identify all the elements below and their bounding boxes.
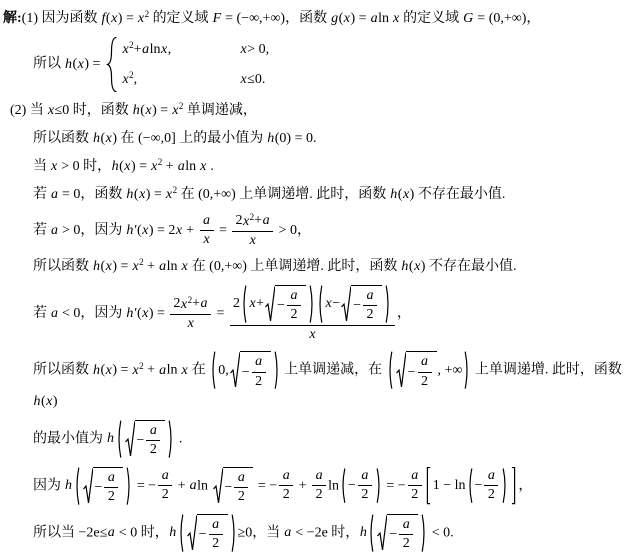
math-text: ≤0. <box>247 69 265 90</box>
math-text: , +∞ <box>438 360 463 381</box>
bracket-content: −a2 <box>374 513 421 553</box>
left-paren <box>340 467 346 504</box>
fraction: a2 <box>312 468 326 503</box>
math-text: ln <box>185 159 199 174</box>
math-text: (2) 当 <box>10 103 47 118</box>
solution-line: 若 a < 0，因为 h′(x) = 2x2 + ax = 2x + −a2x … <box>3 284 631 343</box>
math-text: − <box>408 362 416 383</box>
math-var: x <box>165 187 172 202</box>
math-var: x <box>414 259 421 274</box>
math-text: 上单调递减，在 <box>281 363 386 378</box>
math-text: , <box>134 69 138 90</box>
math-text: 所以函数 <box>33 131 93 146</box>
denominator: 2 <box>209 535 222 552</box>
math-var: x <box>160 39 167 60</box>
math-text: ) = <box>152 103 172 118</box>
left-paren <box>116 419 122 459</box>
solution-line: 所以函数 h(x) = x2 + aln x 在 0, −a2 上单调递减，在 … <box>3 350 631 411</box>
math-var: x <box>151 159 158 174</box>
solution-content: 解:(1) 因为函数 f(x) = x2 的定义域 F = (−∞,+∞)，函数… <box>3 8 631 553</box>
math-var: h′ <box>126 306 137 321</box>
math-var: g <box>331 11 339 26</box>
math-var: h <box>126 187 134 202</box>
sqrt-radical: −a2 <box>341 285 382 323</box>
math-text: = − <box>383 478 406 493</box>
math-text: − <box>353 298 361 314</box>
math-text: = (−∞,+∞)，函数 <box>222 11 331 26</box>
math-text: 1 − ln <box>433 475 466 496</box>
math-var: a <box>402 517 410 533</box>
math-var: F <box>212 11 222 26</box>
math-text: ln <box>378 11 392 26</box>
radical-sign <box>377 514 387 552</box>
math-text: ( <box>134 187 139 202</box>
denominator: 2 <box>252 373 265 390</box>
math-text: 2 <box>238 489 245 505</box>
math-text: − <box>348 475 356 496</box>
math-text: = − <box>254 478 277 493</box>
solution-line: (2) 当 x≤0 时，函数 h(x) = x2 单调递减， <box>3 100 631 121</box>
sqrt-radical: −a2 <box>125 420 166 458</box>
math-var: h <box>390 187 398 202</box>
denominator: 2 <box>400 535 413 552</box>
math-var: h <box>111 159 119 174</box>
math-text: ( <box>41 394 46 409</box>
math-var: G <box>463 11 474 26</box>
math-text: − <box>95 477 103 498</box>
solution-line: 若 a = 0，函数 h(x) = x2 在 (0,+∞) 上单调递增. 此时，… <box>3 184 631 205</box>
math-var: a <box>487 468 495 484</box>
power-expr: x2 <box>242 212 254 230</box>
solution-line: 解:(1) 因为函数 f(x) = x2 的定义域 F = (−∞,+∞)，函数… <box>3 8 631 29</box>
fraction: a2 <box>209 517 223 552</box>
math-var: x <box>47 103 54 118</box>
right-paren <box>464 350 470 390</box>
math-text: ≥0，当 <box>238 525 284 540</box>
denominator: 2 <box>105 488 118 505</box>
math-text: + <box>254 213 262 229</box>
math-text: ) 不存在最小值. <box>421 259 517 274</box>
math-text: + <box>192 296 200 312</box>
math-text: = <box>216 223 231 238</box>
math-text: 的最小值为 <box>33 431 107 446</box>
fraction: a2 <box>418 354 432 389</box>
math-text: , <box>168 39 172 60</box>
math-var: x <box>142 306 149 321</box>
math-text: 2 <box>316 487 323 503</box>
denominator: 2 <box>408 486 421 503</box>
radical-sign <box>125 420 135 458</box>
power-expr: x2 <box>165 187 177 202</box>
fraction: 2x2 + ax <box>232 212 273 249</box>
left-paren <box>210 350 216 390</box>
math-text: 2 <box>290 307 297 323</box>
math-var: a <box>262 213 270 229</box>
math-var: x <box>142 223 149 238</box>
math-text: ) = <box>131 159 151 174</box>
sqrt-radical: −a2 <box>265 285 306 323</box>
right-paren <box>376 467 382 504</box>
bracket-content: 1 − ln−a2 <box>431 466 512 505</box>
math-text: ) = <box>351 11 371 26</box>
radicand: −a2 <box>351 285 382 323</box>
math-var: a <box>361 468 369 484</box>
math-text: = − <box>133 478 156 493</box>
right-paren <box>274 350 280 390</box>
math-var: a <box>159 259 167 274</box>
math-var: a <box>290 288 298 304</box>
math-var: a <box>177 159 185 174</box>
denominator: 2 <box>287 306 300 323</box>
math-var: a <box>51 223 59 238</box>
math-text: + <box>295 478 310 493</box>
math-var: a <box>237 470 245 486</box>
numerator: a <box>209 517 223 535</box>
math-text: ≤0 时，函数 <box>55 103 133 118</box>
numerator: a <box>279 468 293 486</box>
math-text: ) 不存在最小值. <box>410 187 506 202</box>
denominator: 2 <box>159 486 172 503</box>
math-var: x <box>180 297 187 312</box>
math-text: 2 <box>108 489 115 505</box>
math-text: ) 在 (−∞,0] 上的最小值为 <box>112 131 266 146</box>
math-text: ( <box>137 223 142 238</box>
math-var: a <box>51 187 59 202</box>
math-var: h <box>107 431 115 446</box>
radicand: −a2 <box>275 285 306 323</box>
math-var: x <box>343 11 350 26</box>
math-var: x <box>240 69 247 90</box>
math-var: x <box>402 187 409 202</box>
radical-sign <box>396 351 406 389</box>
radical-sign <box>230 351 240 389</box>
math-text: ) = <box>146 187 166 202</box>
radicand: −a2 <box>387 514 418 552</box>
math-text: − <box>199 524 207 545</box>
denominator: 2 <box>147 441 160 458</box>
radicand: −a2 <box>406 351 437 389</box>
case-formula: x2, <box>122 69 240 90</box>
math-var: a <box>411 468 419 484</box>
math-text: ) = <box>118 11 138 26</box>
math-text: = (0,+∞)， <box>474 11 541 26</box>
power-expr: x2 <box>132 259 144 274</box>
math-text: − <box>389 524 397 545</box>
math-text: 2 <box>411 487 418 503</box>
math-text: < −2e 时， <box>292 525 360 540</box>
math-text: = <box>213 306 228 321</box>
fraction: a2 <box>399 517 413 552</box>
fraction: a2 <box>363 288 377 323</box>
math-text: 2 <box>488 487 495 503</box>
math-text: . <box>207 159 214 174</box>
fraction: a2 <box>234 470 248 505</box>
case-condition: x > 0, <box>240 39 269 60</box>
solution-line: 因为 h−a2 = −a2 + aln −a2 = −a2 + a2ln−a2 … <box>3 466 631 506</box>
math-var: a <box>200 296 208 312</box>
math-text: ) <box>53 394 58 409</box>
left-paren <box>467 467 473 504</box>
math-var: h′ <box>126 223 137 238</box>
power-expr: x2 <box>132 363 144 378</box>
math-text: 在 (0,+∞) 上单调递增. 此时，函数 <box>188 259 401 274</box>
math-text: (0) = 0. <box>275 131 317 146</box>
numerator: 2x2 + a <box>232 212 273 232</box>
math-text: − <box>137 430 145 451</box>
math-var: h <box>267 131 275 146</box>
fraction: a2 <box>252 354 266 389</box>
math-text: 2 <box>212 536 219 552</box>
math-text: 所以当 −2e≤ <box>33 525 107 540</box>
numerator: a <box>158 468 172 486</box>
left-paren <box>387 350 393 390</box>
math-var: a <box>421 354 429 370</box>
bracket-content: x + −a2 <box>247 284 309 324</box>
math-text: > 0, <box>247 39 269 60</box>
math-var: x <box>325 296 332 312</box>
fraction: a2 <box>358 468 372 503</box>
math-var: a <box>315 468 323 484</box>
math-text: 2 <box>421 374 428 390</box>
bracket-content: −a2 <box>122 419 169 459</box>
math-var: x <box>309 327 316 343</box>
denominator: 2 <box>364 306 377 323</box>
math-text: 0, <box>218 360 229 381</box>
sqrt-radical: −a2 <box>377 514 418 552</box>
math-text: ) = <box>112 363 132 378</box>
bracket-group: x + −a2 <box>241 284 315 324</box>
radicand: −a2 <box>240 351 271 389</box>
denominator: 2 <box>313 486 326 503</box>
math-var: x <box>392 11 399 26</box>
math-var: h <box>65 57 73 72</box>
math-text: ， <box>397 306 411 321</box>
bracket-content: −a2, +∞ <box>393 350 465 390</box>
math-text: (1) 因为函数 <box>22 11 101 26</box>
power-expr: x2 <box>180 295 192 313</box>
numerator: a <box>399 517 413 535</box>
math-text: − <box>332 296 340 312</box>
fraction: a2 <box>104 470 118 505</box>
math-text: ， <box>518 478 532 493</box>
math-var: h <box>93 259 101 274</box>
numerator: a <box>408 468 422 486</box>
fraction: 2x + −a2x − −a2x <box>230 284 395 343</box>
math-var: a <box>203 213 211 229</box>
math-text: > 0，因为 <box>59 223 126 238</box>
math-text: ) = <box>112 259 132 274</box>
right-paren <box>126 466 132 506</box>
bracket-group: 1 − ln−a2 <box>425 466 518 505</box>
sqrt-radical: −a2 <box>187 514 228 552</box>
numerator: a <box>146 423 160 441</box>
math-var: h <box>93 131 101 146</box>
bracket-group: 0, −a2 <box>210 350 279 390</box>
numerator: 2x + −a2x − −a2 <box>230 284 395 326</box>
math-var: a <box>107 470 115 486</box>
math-var: a <box>366 288 374 304</box>
math-text: 2 <box>403 536 410 552</box>
math-var: h <box>33 394 41 409</box>
math-text: − <box>475 475 483 496</box>
math-text: 在 <box>188 363 209 378</box>
radical-sign <box>83 467 93 505</box>
left-paren <box>178 513 184 553</box>
math-var: x <box>242 214 249 229</box>
sqrt-radical: −a2 <box>213 467 254 505</box>
math-var: h <box>65 478 73 493</box>
solution-line: 所以函数 h(x) 在 (−∞,0] 上的最小值为 h(0) = 0. <box>3 128 631 149</box>
math-text: ( <box>409 259 414 274</box>
denominator: x <box>246 232 259 249</box>
math-text: 若 <box>33 187 51 202</box>
bracket-group: −a2 <box>467 467 509 504</box>
left-paren <box>241 284 247 324</box>
left-bracket <box>425 466 431 505</box>
math-text: 的定义域 <box>400 11 463 26</box>
left-paren <box>368 513 374 553</box>
math-text: 所以函数 <box>33 363 93 378</box>
math-var: a <box>282 468 290 484</box>
math-var: x <box>124 159 131 174</box>
numerator: a <box>287 288 301 306</box>
bracket-group: −a2, +∞ <box>387 350 471 390</box>
math-text: . <box>175 431 182 446</box>
bracket-group: x − −a2 <box>317 284 391 324</box>
left-paren <box>74 466 80 506</box>
math-text: + <box>144 363 159 378</box>
numerator: a <box>484 468 498 486</box>
math-text: ) = <box>149 306 169 321</box>
left-paren <box>317 284 323 324</box>
math-var: x <box>51 159 58 174</box>
fraction: a2 <box>279 468 293 503</box>
fraction: a2 <box>408 468 422 503</box>
bracket-group: −a2 <box>116 419 175 459</box>
math-text: 所以函数 <box>33 259 93 274</box>
radicand: −a2 <box>197 514 228 552</box>
power-expr: x2 <box>122 39 134 60</box>
math-var: x <box>249 233 256 249</box>
math-text: ( <box>106 11 111 26</box>
math-var: x <box>240 39 247 60</box>
math-var: x <box>111 11 118 26</box>
right-paren <box>231 513 237 553</box>
math-text: 当 <box>33 159 51 174</box>
math-text: 若 <box>33 306 51 321</box>
solution-line: 当 x > 0 时，h(x) = x2 + aln x . <box>3 156 631 177</box>
radical-sign <box>341 285 351 323</box>
math-var: a <box>370 11 378 26</box>
numerator: a <box>200 213 214 231</box>
numerator: a <box>234 470 248 488</box>
right-paren <box>309 284 315 324</box>
math-text: ) = 2 <box>149 223 176 238</box>
fraction: a2 <box>146 423 160 458</box>
fraction: ax <box>200 213 214 248</box>
math-var: a <box>51 306 59 321</box>
math-text: + <box>162 159 177 174</box>
right-paren <box>421 513 427 553</box>
math-text: 单调递减， <box>183 103 257 118</box>
cases-rows: x2 + aln x,x > 0,x2,x≤0. <box>122 36 269 93</box>
right-paren <box>502 467 508 504</box>
math-var: h <box>93 363 101 378</box>
bracket-content: x − −a2 <box>323 284 385 324</box>
math-text: + <box>174 478 189 493</box>
math-text: + <box>144 259 159 274</box>
math-var: x <box>200 159 207 174</box>
left-brace <box>106 36 117 93</box>
power-expr: x2 <box>172 103 184 118</box>
right-paren <box>385 284 391 324</box>
solution-line: 若 a > 0，因为 h′(x) = 2x + ax = 2x2 + ax > … <box>3 212 631 249</box>
math-text: 在 (0,+∞) 上单调递增. 此时，函数 <box>177 187 390 202</box>
math-text: 2 <box>233 296 240 312</box>
radicand: −a2 <box>93 467 124 505</box>
numerator: 2x2 + a <box>170 295 211 315</box>
bracket-content: −a2 <box>184 513 231 553</box>
math-text: < 0 时， <box>115 525 168 540</box>
case-formula: x2 + aln x, <box>122 39 240 60</box>
sqrt-radical: −a2 <box>83 467 124 505</box>
bracket-group: −a2 <box>178 513 237 553</box>
math-text: + <box>256 296 264 312</box>
math-var: x <box>46 394 53 409</box>
math-text: ) = <box>84 57 104 72</box>
solution-line: 的最小值为 h−a2 . <box>3 419 631 459</box>
denominator: 2 <box>280 486 293 503</box>
radicand: −a2 <box>223 467 254 505</box>
math-text: 2 <box>283 487 290 503</box>
math-var: x <box>203 232 210 248</box>
power-expr: x2 <box>122 69 134 90</box>
math-text: 2 <box>361 487 368 503</box>
bracket-group: −a2 <box>74 466 133 506</box>
math-text: 上单调递增. 此时，函数 <box>471 363 622 378</box>
math-text: ln <box>167 363 181 378</box>
bracket-content: 0, −a2 <box>216 350 273 390</box>
denominator: 2 <box>235 488 248 505</box>
math-text: 2 <box>150 442 157 458</box>
math-var: a <box>255 354 263 370</box>
denominator: 2 <box>485 486 498 503</box>
math-text: 因为 <box>33 478 65 493</box>
numerator: a <box>418 354 432 372</box>
solution-line: 所以 h(x) = x2 + aln x,x > 0,x2,x≤0. <box>3 36 631 93</box>
denominator: 2 <box>418 373 431 390</box>
case-condition: x≤0. <box>240 69 269 90</box>
math-var: a <box>159 363 167 378</box>
fraction: a2 <box>287 288 301 323</box>
math-text: ln <box>150 39 161 60</box>
math-var: x <box>249 296 256 312</box>
math-var: x <box>172 103 179 118</box>
numerator: a <box>358 468 372 486</box>
bracket-content: −a2 <box>473 467 503 504</box>
math-text: ( <box>137 306 142 321</box>
sqrt-radical: −a2 <box>230 351 271 389</box>
piecewise-cases: x2 + aln x,x > 0,x2,x≤0. <box>106 36 269 93</box>
math-text: 2 <box>367 307 374 323</box>
bracket-group: −a2 <box>368 513 427 553</box>
math-var: a <box>161 468 169 484</box>
math-text: 2 <box>255 374 262 390</box>
math-text: + <box>183 223 198 238</box>
math-text: ln <box>197 478 211 493</box>
solution-line: 所以函数 h(x) = x2 + aln x 在 (0,+∞) 上单调递增. 此… <box>3 256 631 277</box>
math-solution-page: 解:(1) 因为函数 f(x) = x2 的定义域 F = (−∞,+∞)，函数… <box>0 0 633 558</box>
